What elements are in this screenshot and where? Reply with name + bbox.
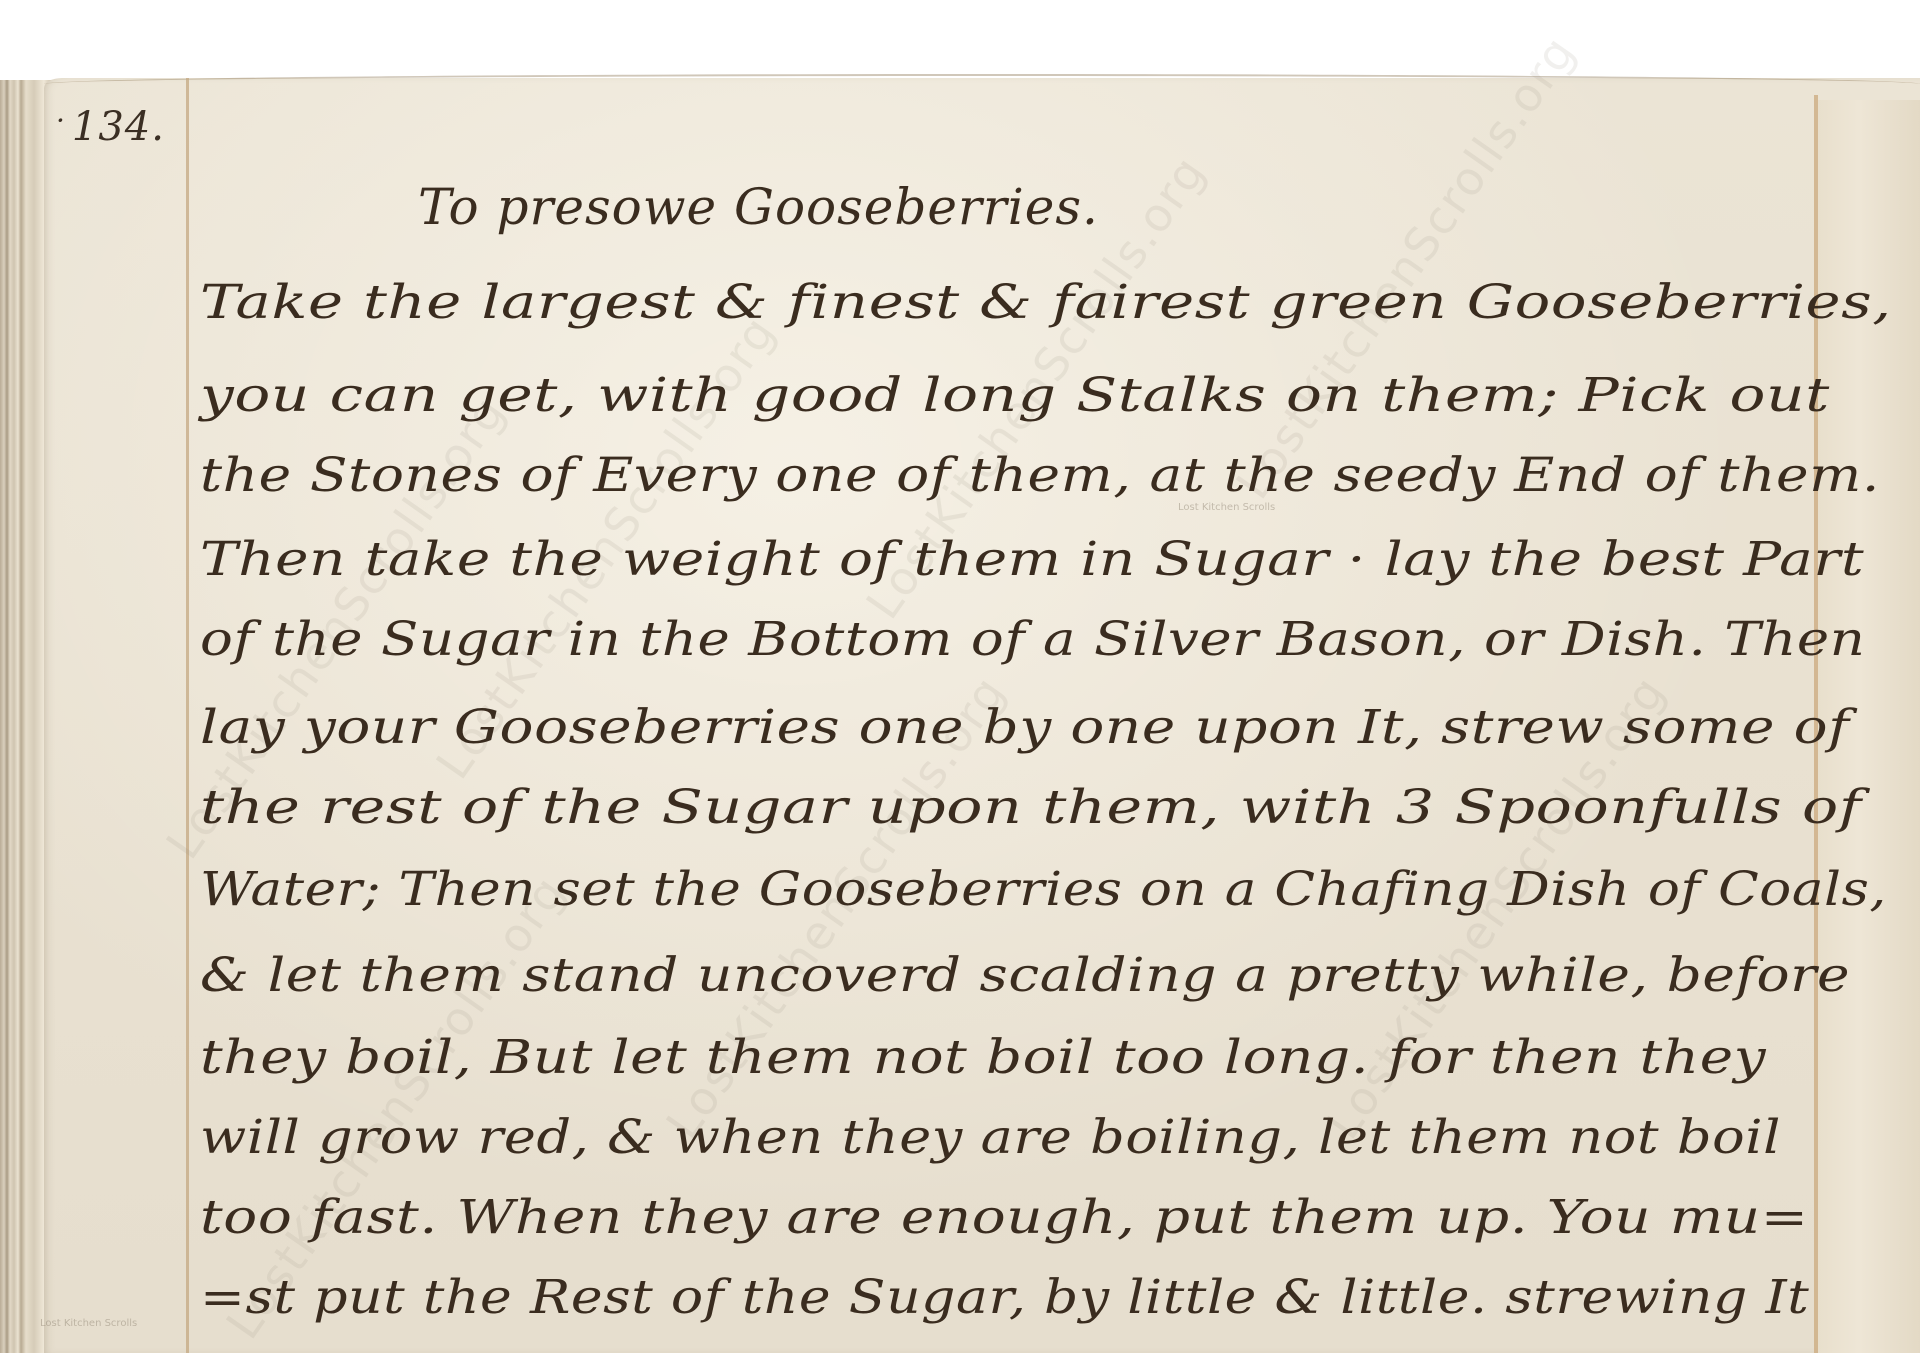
manuscript-line: the rest of the Sugar upon them, with 3 … (200, 780, 1862, 835)
watermark-small-label: Lost Kitchen Scrolls (40, 1318, 137, 1329)
recipe-title: To presowe Gooseberries. (418, 178, 1099, 236)
manuscript-line: lay your Gooseberries one by one upon It… (200, 700, 1850, 755)
manuscript-line: will grow red, & when they are boiling, … (200, 1110, 1781, 1165)
watermark-small-label: Lost Kitchen Scrolls (1178, 502, 1275, 513)
manuscript-line: you can get, with good long Stalks on th… (200, 368, 1830, 423)
manuscript-line: too fast. When they are enough, put them… (200, 1190, 1809, 1245)
manuscript-line: Water; Then set the Gooseberries on a Ch… (200, 862, 1887, 917)
page-number-text: 134. (72, 104, 165, 150)
manuscript-line: they boil, But let them not boil too lon… (200, 1030, 1766, 1085)
manuscript-line: of the Sugar in the Bottom of a Silver B… (200, 612, 1865, 667)
margin-mark: · (56, 104, 66, 137)
page-number: ·134. (56, 104, 165, 150)
manuscript-photo: LostKitchenScrolls.org LostKitchenScroll… (0, 0, 1920, 1353)
manuscript-line: Then take the weight of them in Sugar · … (200, 532, 1864, 587)
manuscript-line: & let them stand uncoverd scalding a pre… (200, 948, 1850, 1003)
manuscript-line: the Stones of Every one of them, at the … (200, 448, 1880, 503)
left-margin-rule (186, 78, 189, 1353)
manuscript-line: Take the largest & finest & fairest gree… (200, 275, 1892, 330)
manuscript-line: =st put the Rest of the Sugar, by little… (200, 1270, 1809, 1325)
